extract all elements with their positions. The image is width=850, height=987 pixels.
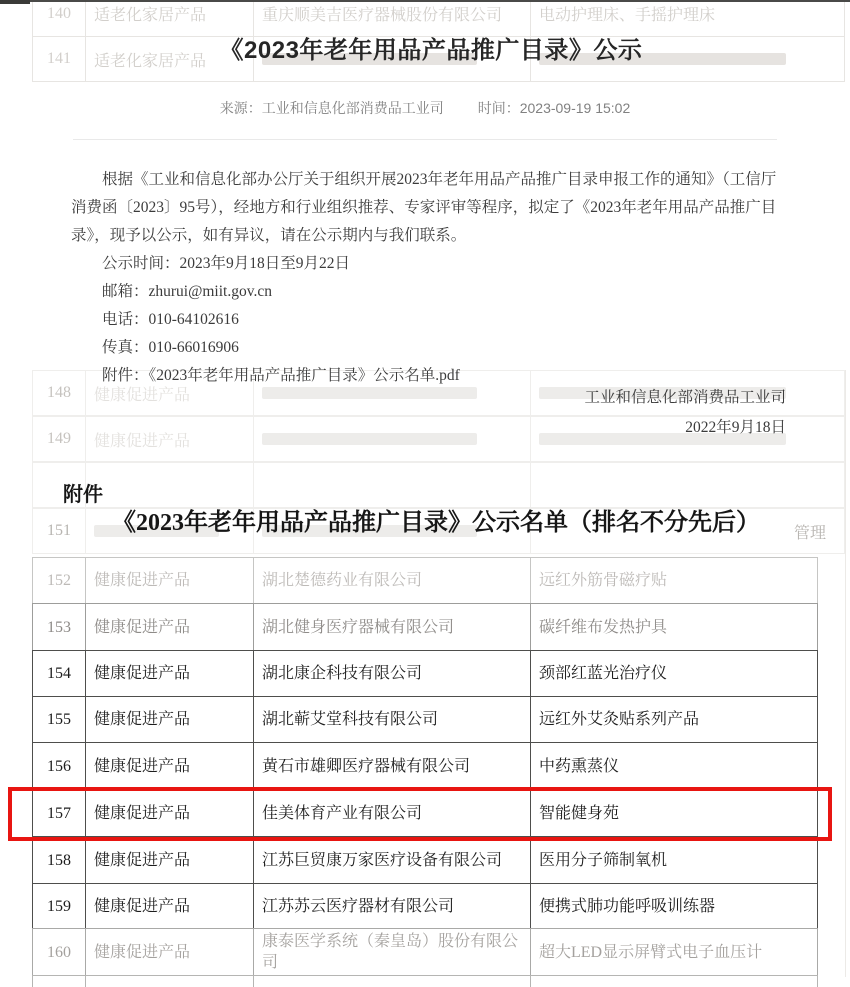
row-company: 江苏巨贸康万家医疗设备有限公司 (254, 837, 531, 883)
row-company-empty (254, 976, 531, 987)
row-company: 湖北健身医疗器械有限公司 (254, 604, 531, 650)
main-paragraph: 根据《工业和信息化部办公厅关于组织开展2023年老年用品产品推广目录申报工作的通… (71, 166, 778, 250)
signature-date: 2022年9月18日 (584, 413, 786, 443)
row-product: 超大LED显示屏臂式电子血压计 (531, 929, 819, 975)
highlight-rectangle (8, 787, 832, 841)
show-time-line: 公示时间：2023年9月18日至9月22日 (71, 250, 778, 278)
page-title: 《2023年老年用品产品推广目录》公示 (0, 30, 850, 65)
row-product: 碳纤维布发热护具 (531, 604, 819, 650)
table-row: 160 健康促进产品 康泰医学系统（秦皇岛）股份有限公司 超大LED显示屏臂式电… (32, 928, 818, 976)
row-number: 156 (33, 743, 86, 789)
attachment-list-title: 《2023年老年用品产品推广目录》公示名单（排名不分先后） (0, 506, 850, 540)
meta-line: 来源：工业和信息化部消费品工业司时间：2023-09-19 15:02 (0, 98, 850, 118)
catalog-table: 152 健康促进产品 湖北楚德药业有限公司 远红外筋骨磁疗贴 153 健康促进产… (32, 557, 818, 987)
time-text: 时间：2023-09-19 15:02 (478, 100, 631, 116)
row-product: 远红外艾灸贴系列产品 (531, 697, 819, 742)
attachment-pdf-link[interactable]: 《2023年老年用品产品推广目录》公示名单.pdf (149, 367, 460, 384)
row-number: 152 (33, 558, 86, 603)
row-company: 江苏苏云医疗器材有限公司 (254, 884, 531, 928)
table-row: 155 健康促进产品 湖北蕲艾堂科技有限公司 远红外艾灸贴系列产品 (32, 696, 818, 743)
row-category: 健康促进产品 (86, 604, 254, 650)
attachment-label: 附件： (102, 367, 149, 384)
table-row: 154 健康促进产品 湖北康企科技有限公司 颈部红蓝光治疗仪 (32, 650, 818, 697)
signature-department: 工业和信息化部消费品工业司 (584, 383, 786, 413)
table-row: 158 健康促进产品 江苏巨贸康万家医疗设备有限公司 医用分子筛制氧机 (32, 836, 818, 884)
row-number: 160 (33, 929, 86, 975)
row-company: 湖北康企科技有限公司 (254, 651, 531, 696)
row-category: 健康促进产品 (86, 743, 254, 789)
row-number: 158 (33, 837, 86, 883)
table-row: 159 健康促进产品 江苏苏云医疗器材有限公司 便携式肺功能呼吸训练器 (32, 883, 818, 929)
row-category: 健康促进产品 (86, 837, 254, 883)
table-row-partial (32, 975, 818, 987)
source-text: 来源：工业和信息化部消费品工业司 (220, 100, 444, 116)
row-category: 健康促进产品 (86, 558, 254, 603)
signature-block: 工业和信息化部消费品工业司 2022年9月18日 (584, 383, 786, 443)
fax-line: 传真：010-66016906 (71, 334, 778, 362)
row-number: 153 (33, 604, 86, 650)
row-number: 154 (33, 651, 86, 696)
email-line: 邮箱：zhurui@miit.gov.cn (71, 278, 778, 306)
row-category: 健康促进产品 (86, 697, 254, 742)
row-category-empty (86, 976, 254, 987)
row-product-empty (531, 976, 819, 987)
announcement-text: 根据《工业和信息化部办公厅关于组织开展2023年老年用品产品推广目录申报工作的通… (71, 166, 778, 390)
table-row: 152 健康促进产品 湖北楚德药业有限公司 远红外筋骨磁疗贴 (32, 557, 818, 604)
row-company: 康泰医学系统（秦皇岛）股份有限公司 (254, 929, 531, 975)
row-product: 远红外筋骨磁疗贴 (531, 558, 819, 603)
row-product: 医用分子筛制氧机 (531, 837, 819, 883)
phone-line: 电话：010-64102616 (71, 306, 778, 334)
announcement-page: 140 适老化家居产品 重庆顺美吉医疗器械股份有限公司 电动护理床、手摇护理床 … (0, 0, 850, 987)
row-number: 155 (33, 697, 86, 742)
row-product: 颈部红蓝光治疗仪 (531, 651, 819, 696)
row-category: 健康促进产品 (86, 929, 254, 975)
table-row: 156 健康促进产品 黄石市雄卿医疗器械有限公司 中药熏蒸仪 (32, 742, 818, 790)
row-product: 中药熏蒸仪 (531, 743, 819, 789)
row-number (33, 976, 86, 987)
top-edge-line (0, 0, 850, 2)
row-number: 159 (33, 884, 86, 928)
row-product: 便携式肺功能呼吸训练器 (531, 884, 819, 928)
row-company: 湖北楚德药业有限公司 (254, 558, 531, 603)
row-category: 健康促进产品 (86, 651, 254, 696)
row-company: 黄石市雄卿医疗器械有限公司 (254, 743, 531, 789)
top-corner-mark (0, 0, 30, 4)
table-row: 153 健康促进产品 湖北健身医疗器械有限公司 碳纤维布发热护具 (32, 603, 818, 651)
row-company: 湖北蕲艾堂科技有限公司 (254, 697, 531, 742)
row-category: 健康促进产品 (86, 884, 254, 928)
header-divider (73, 139, 777, 140)
